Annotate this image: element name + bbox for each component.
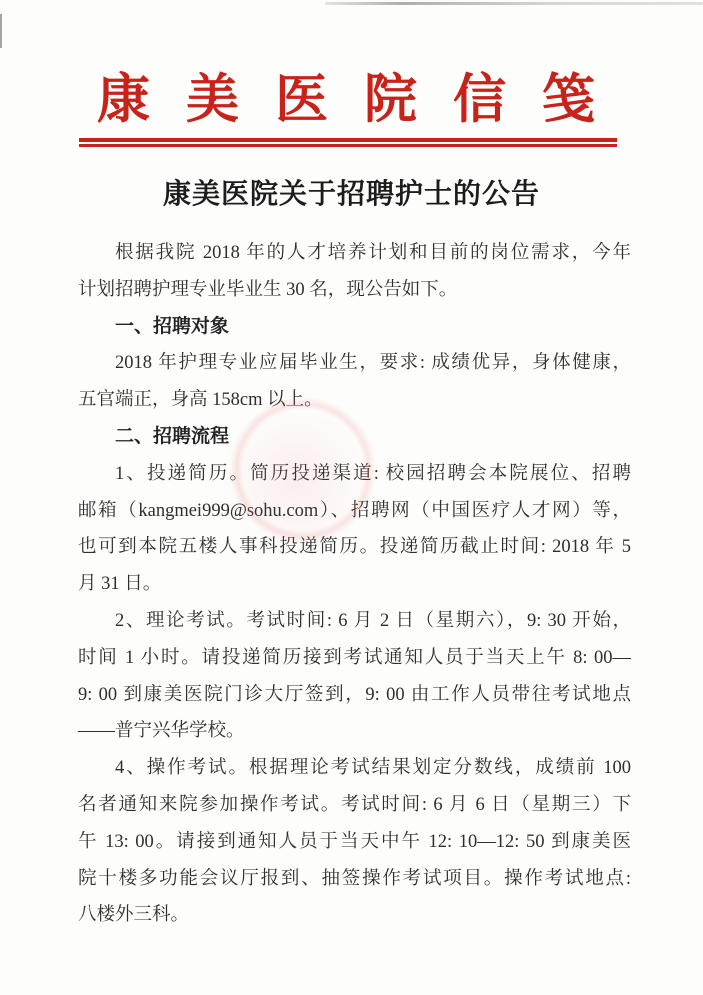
body-line: 计划招聘护理专业毕业生 30 名，现公告如下。 (78, 272, 631, 309)
body-line: 根据我院 2018 年的人才培养计划和目前的岗位需求，今年 (78, 235, 631, 272)
letterhead: 康美医院信笺 (79, 70, 617, 147)
body-line: 八楼外三科。 (78, 897, 631, 934)
body-line: 时间 1 小时。请投递简历接到考试通知人员于当天上午 8: 00— (78, 640, 631, 677)
body-line: 9: 00 到康美医院门诊大厅签到，9: 00 由工作人员带往考试地点 (78, 677, 631, 714)
letterhead-rule-thick (79, 138, 617, 142)
body-line: 也可到本院五楼人事科投递简历。投递简历截止时间: 2018 年 5 (78, 529, 631, 566)
letterhead-rule-thin (79, 144, 617, 147)
body-line: 名者通知来院参加操作考试。考试时间: 6 月 6 日（星期三）下 (78, 787, 631, 824)
scan-artifact-top (325, 2, 703, 5)
body-line: 五官端正，身高 158cm 以上。 (78, 382, 631, 419)
scan-artifact-left (0, 14, 2, 48)
body-line: 院十楼多功能会议厅报到、抽签操作考试项目。操作考试地点: (78, 861, 631, 898)
section-heading: 二、招聘流程 (78, 419, 631, 456)
letterhead-rule (79, 138, 617, 147)
body-line: ——普宁兴华学校。 (78, 713, 631, 750)
body-line: 月 31 日。 (78, 566, 631, 603)
body-line: 4、操作考试。根据理论考试结果划定分数线，成绩前 100 (78, 750, 631, 787)
document-body: 根据我院 2018 年的人才培养计划和目前的岗位需求，今年 计划招聘护理专业毕业… (78, 235, 631, 934)
body-line: 午 13: 00。请接到通知人员于当天中午 12: 10—12: 50 到康美医 (78, 824, 631, 861)
body-line: 2018 年护理专业应届毕业生，要求: 成绩优异，身体健康， (78, 345, 631, 382)
letterhead-title: 康美医院信笺 (79, 70, 617, 130)
body-line: 邮箱（kangmei999@sohu.com）、招聘网（中国医疗人才网）等， (78, 493, 631, 530)
document-page: 康美医院信笺 康美医院关于招聘护士的公告 根据我院 2018 年的人才培养计划和… (0, 0, 703, 995)
body-line: 2、理论考试。考试时间: 6 月 2 日（星期六），9: 30 开始， (78, 603, 631, 640)
body-line: 1、投递简历。简历投递渠道: 校园招聘会本院展位、招聘 (78, 456, 631, 493)
document-title: 康美医院关于招聘护士的公告 (0, 177, 703, 211)
section-heading: 一、招聘对象 (78, 309, 631, 346)
